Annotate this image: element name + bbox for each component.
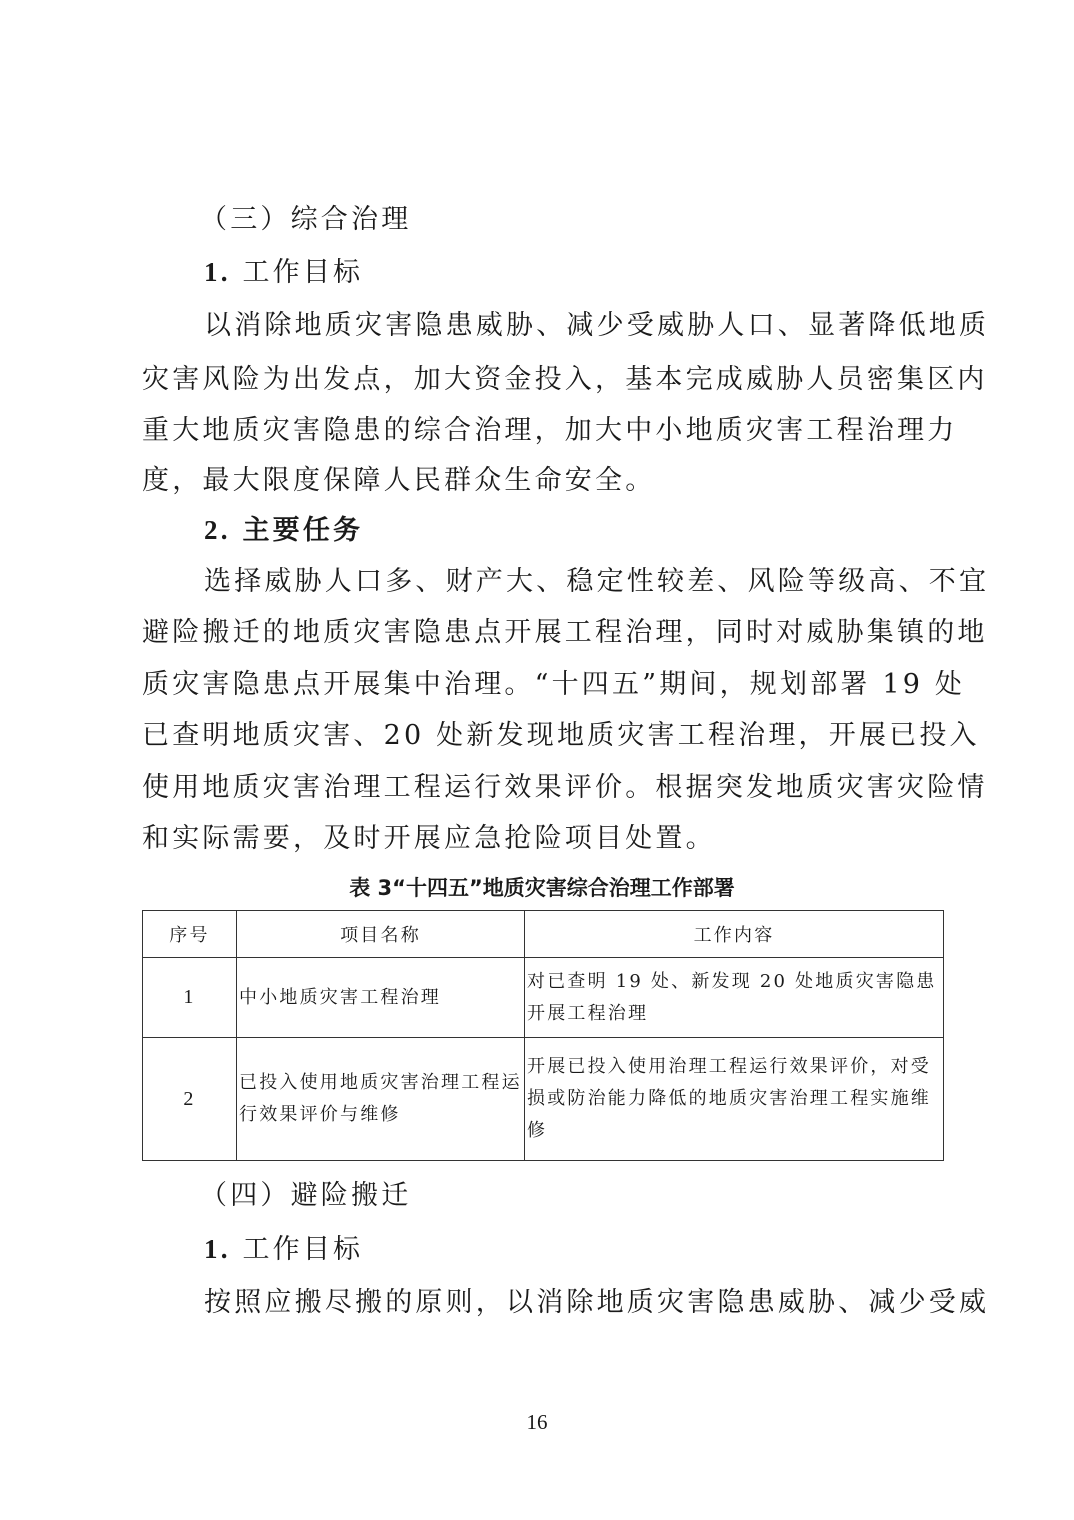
paragraph-line: 使用地质灾害治理工程运行效果评价。根据突发地质灾害灾险情 [142,770,942,806]
subheading-title: 主要任务 [242,515,363,546]
section-heading-relocation: （四）避险搬迁 [200,1178,1000,1214]
subheading-title: 工作目标 [242,257,363,288]
header-work-content: 工作内容 [525,911,944,958]
page-number: 16 [0,1410,1074,1435]
cell-index: 2 [143,1038,237,1161]
paragraph-line: 质灾害隐患点开展集中治理。“十四五”期间，规划部署 19 处 [142,667,942,703]
subheading-main-tasks: 2. 主要任务 [204,512,942,549]
subheading-work-goal: 1. 工作目标 [204,254,942,291]
paragraph-line: 按照应搬尽搬的原则，以消除地质灾害隐患威胁、减少受威 [204,1285,942,1321]
subheading-title: 工作目标 [242,1234,363,1265]
paragraph-line: 选择威胁人口多、财产大、稳定性较差、风险等级高、不宜 [204,564,942,600]
cell-index: 1 [143,958,237,1038]
table-row: 1 中小地质灾害工程治理 对已查明 19 处、新发现 20 处地质灾害隐患开展工… [143,958,944,1038]
paragraph-line: 避险搬迁的地质灾害隐患点开展工程治理，同时对威胁集镇的地 [142,615,942,651]
header-index: 序号 [143,911,237,958]
cell-project-name: 已投入使用地质灾害治理工程运行效果评价与维修 [237,1038,525,1161]
table-caption: 表 3“十四五”地质灾害综合治理工作部署 [142,872,942,902]
table-header-row: 序号 项目名称 工作内容 [143,911,944,958]
paragraph-line: 灾害风险为出发点，加大资金投入，基本完成威胁人员密集区内 [142,362,942,398]
paragraph-line: 已查明地质灾害、20 处新发现地质灾害工程治理，开展已投入 [142,718,942,754]
paragraph-line: 和实际需要，及时开展应急抢险项目处置。 [142,821,942,857]
cell-work-content: 对已查明 19 处、新发现 20 处地质灾害隐患开展工程治理 [525,958,944,1038]
paragraph-line: 重大地质灾害隐患的综合治理，加大中小地质灾害工程治理力 [142,413,942,449]
cell-work-content: 开展已投入使用治理工程运行效果评价，对受损或防治能力降低的地质灾害治理工程实施维… [525,1038,944,1161]
subheading-number: 1. [204,1234,231,1264]
section-heading-comprehensive-treatment: （三）综合治理 [200,202,1000,238]
paragraph-line: 度，最大限度保障人民群众生命安全。 [142,463,942,499]
subheading-number: 1. [204,257,231,287]
header-project-name: 项目名称 [237,911,525,958]
table-row: 2 已投入使用地质灾害治理工程运行效果评价与维修 开展已投入使用治理工程运行效果… [143,1038,944,1161]
paragraph-line: 以消除地质灾害隐患威胁、减少受威胁人口、显著降低地质 [204,308,942,344]
work-deployment-table: 序号 项目名称 工作内容 1 中小地质灾害工程治理 对已查明 19 处、新发现 … [142,910,944,1161]
subheading-number: 2. [204,515,231,545]
subheading-work-goal: 1. 工作目标 [204,1231,942,1268]
cell-project-name: 中小地质灾害工程治理 [237,958,525,1038]
